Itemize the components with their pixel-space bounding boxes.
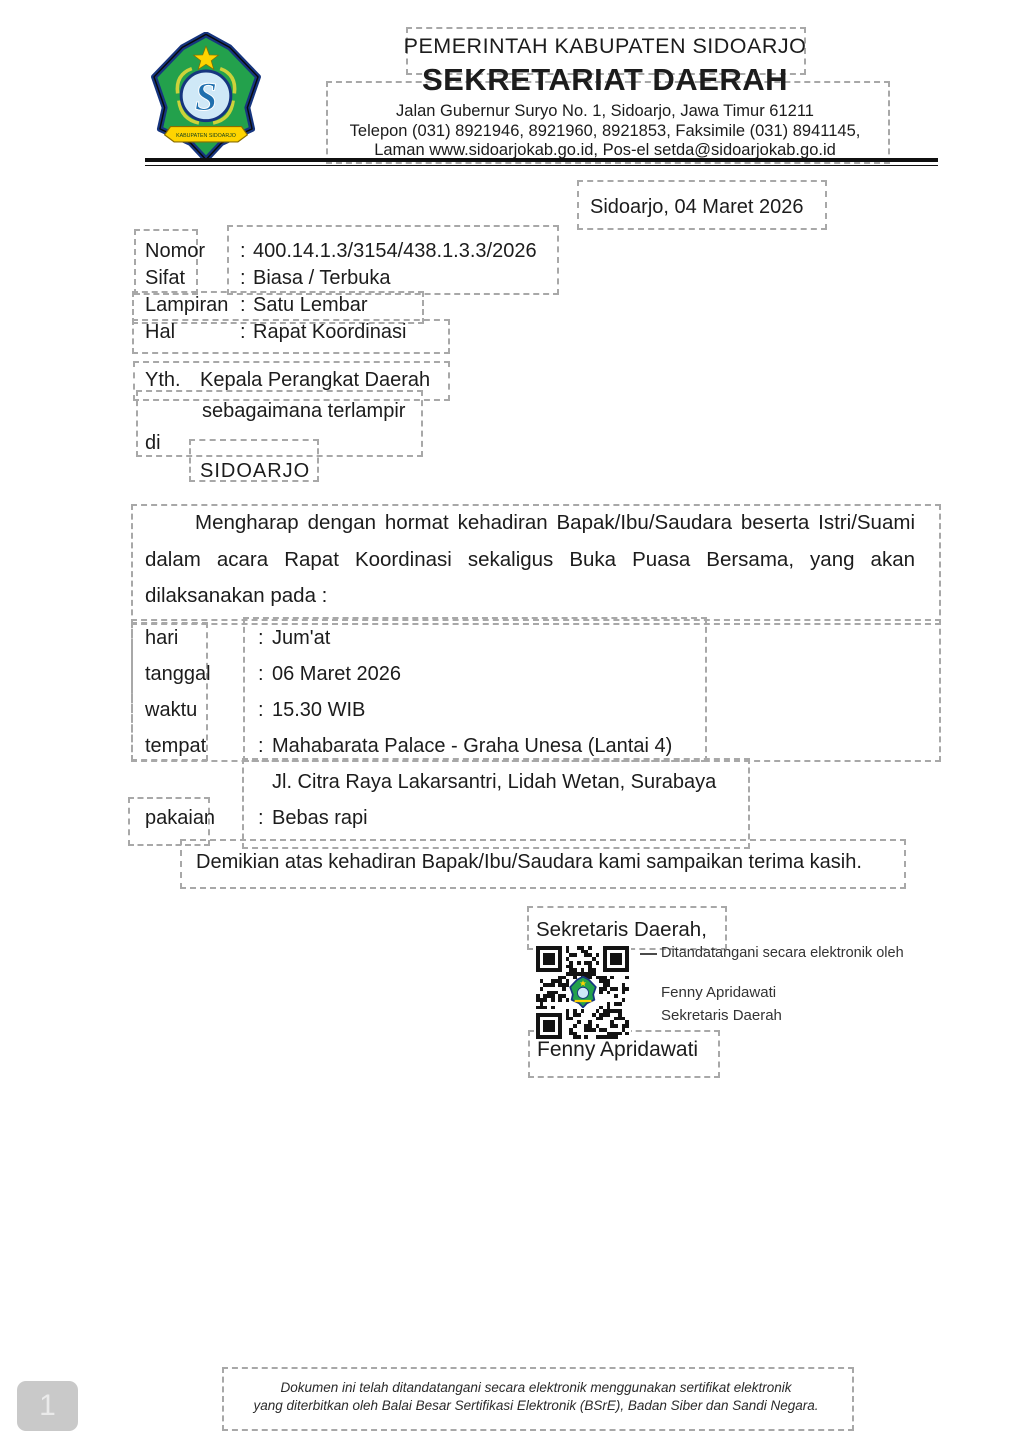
- detail-colon: :: [258, 699, 272, 735]
- paragraph-line: Mengharap dengan hormat kehadiran Bapak/…: [145, 505, 915, 542]
- page-number-badge: 1: [17, 1381, 78, 1431]
- recipient-di: di: [145, 432, 430, 455]
- esign-note: Ditandatangani secara elektronik oleh: [661, 945, 904, 961]
- paragraph-line: dalam acara Rapat Koordinasi sekaligus B…: [145, 542, 915, 579]
- meta-label: Hal: [145, 321, 240, 344]
- svg-text:S: S: [195, 74, 217, 119]
- detail-value: Jl. Citra Raya Lakarsantri, Lidah Wetan,…: [272, 771, 716, 807]
- opening-paragraph: Mengharap dengan hormat kehadiran Bapak/…: [145, 505, 915, 615]
- closing-line: Demikian atas kehadiran Bapak/Ibu/Saudar…: [196, 851, 862, 874]
- event-details: hari : Jum'at tanggal : 06 Maret 2026 wa…: [145, 627, 716, 843]
- detail-colon: :: [258, 627, 272, 663]
- detail-row-pakaian: pakaian : Bebas rapi: [145, 807, 716, 843]
- recipient-line2: sebagaimana terlampir: [202, 400, 430, 423]
- letterhead-rule: [145, 158, 938, 166]
- meta-colon: :: [240, 321, 253, 344]
- detail-row-waktu: waktu : 15.30 WIB: [145, 699, 716, 735]
- detail-label: hari: [145, 627, 258, 663]
- meta-row-sifat: Sifat : Biasa / Terbuka: [145, 267, 537, 294]
- detail-row-tempat-line2: Jl. Citra Raya Lakarsantri, Lidah Wetan,…: [145, 771, 716, 807]
- detail-label: pakaian: [145, 807, 258, 843]
- meta-row-nomor: Nomor : 400.14.1.3/3154/438.1.3.3/2026: [145, 240, 537, 267]
- detail-row-tempat: tempat : Mahabarata Palace - Graha Unesa…: [145, 735, 716, 771]
- detail-label: waktu: [145, 699, 258, 735]
- meta-value: Biasa / Terbuka: [253, 267, 391, 290]
- meta-row-hal: Hal : Rapat Koordinasi: [145, 321, 537, 348]
- qr-connector-line: [640, 953, 657, 955]
- org-name: PEMERINTAH KABUPATEN SIDOARJO: [300, 34, 910, 59]
- svg-text:KABUPATEN SIDOARJO: KABUPATEN SIDOARJO: [176, 133, 236, 139]
- detail-value: Mahabarata Palace - Graha Unesa (Lantai …: [272, 735, 672, 771]
- meta-colon: :: [240, 240, 253, 263]
- address-line-1: Jalan Gubernur Suryo No. 1, Sidoarjo, Ja…: [300, 102, 910, 122]
- detail-colon: :: [258, 735, 272, 771]
- detail-value: Bebas rapi: [272, 807, 368, 843]
- meta-label: Nomor: [145, 240, 240, 263]
- detail-colon: :: [258, 663, 272, 699]
- letter-meta: Nomor : 400.14.1.3/3154/438.1.3.3/2026 S…: [145, 240, 537, 348]
- recipient-city: SIDOARJO: [200, 460, 430, 483]
- detail-label: tempat: [145, 735, 258, 771]
- paragraph-line: dilaksanakan pada :: [145, 578, 915, 615]
- address-line-2: Telepon (031) 8921946, 8921960, 8921853,…: [300, 122, 910, 142]
- detail-row-hari: hari : Jum'at: [145, 627, 716, 663]
- signer-name-printed: Fenny Apridawati: [537, 1038, 698, 1062]
- detail-row-tanggal: tanggal : 06 Maret 2026: [145, 663, 716, 699]
- meta-value: Rapat Koordinasi: [253, 321, 406, 344]
- recipient-salutation: Yth.: [145, 369, 200, 392]
- meta-colon: :: [240, 294, 253, 317]
- detail-value: Jum'at: [272, 627, 330, 663]
- recipient-name: Kepala Perangkat Daerah: [200, 369, 430, 392]
- detail-value: 15.30 WIB: [272, 699, 365, 735]
- footer-disclaimer: Dokumen ini telah ditandatangani secara …: [222, 1379, 850, 1414]
- esign-signer-name: Fenny Apridawati: [661, 984, 776, 1001]
- meta-label: Lampiran: [145, 294, 240, 317]
- qr-center-logo-icon: [568, 976, 598, 1008]
- footer-disclaimer-line-2: yang diterbitkan oleh Balai Besar Sertif…: [222, 1397, 850, 1415]
- meta-row-lampiran: Lampiran : Satu Lembar: [145, 294, 537, 321]
- detail-colon: :: [258, 807, 272, 843]
- esign-signer-title: Sekretaris Daerah: [661, 1007, 782, 1024]
- letter-page: S KABUPATEN SIDOARJO PEMERINTAH KABUPATE…: [0, 0, 1024, 1448]
- regency-seal-icon: S KABUPATEN SIDOARJO: [146, 32, 266, 162]
- meta-label: Sifat: [145, 267, 240, 290]
- meta-value: 400.14.1.3/3154/438.1.3.3/2026: [253, 240, 537, 263]
- detail-label: tanggal: [145, 663, 258, 699]
- detail-value: 06 Maret 2026: [272, 663, 401, 699]
- date-line: Sidoarjo, 04 Maret 2026: [590, 196, 803, 219]
- meta-colon: :: [240, 267, 253, 290]
- department-name: SEKRETARIAT DAERAH: [300, 62, 910, 98]
- page-number: 1: [39, 1389, 56, 1423]
- meta-value: Satu Lembar: [253, 294, 368, 317]
- signature-heading: Sekretaris Daerah,: [536, 918, 707, 942]
- letterhead: PEMERINTAH KABUPATEN SIDOARJO SEKRETARIA…: [300, 34, 910, 161]
- footer-disclaimer-line-1: Dokumen ini telah ditandatangani secara …: [222, 1379, 850, 1397]
- recipient-block: Yth. Kepala Perangkat Daerah sebagaimana…: [145, 369, 430, 483]
